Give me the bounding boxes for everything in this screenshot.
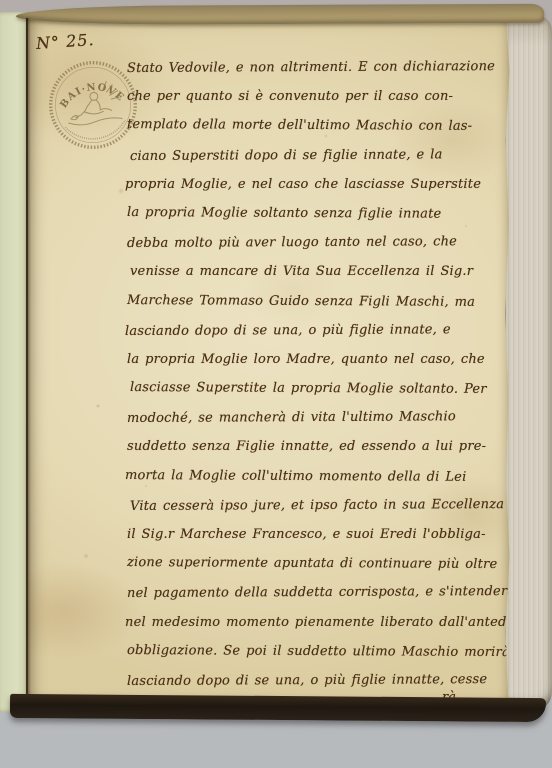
manuscript-line: venisse a mancare di Vita Sua Eccellenza… [130,257,505,286]
manuscript-line: Marchese Tommaso Guido senza Figli Masch… [127,286,505,317]
manuscript-line: obbligazione. Se poi il suddetto ultimo … [127,636,505,667]
manuscript-line: modoché, se mancherà di vita l'ultimo Ma… [127,402,505,433]
book-bottom-edge-shadow [10,694,546,722]
manuscript-line: ciano Superstiti dopo di se figlie innat… [130,140,505,171]
manuscript-line: lasciasse Superstite la propria Moglie s… [130,373,505,404]
manuscript-line: propria Moglie, e nel caso che lasciasse… [125,170,505,199]
manuscript-line: la propria Moglie soltanto senza figlie … [127,198,505,229]
manuscript-line: lasciando dopo di se una, o più figlie i… [125,315,505,346]
manuscript-line: morta la Moglie coll'ultimo momento dell… [125,461,505,492]
scanned-book-photo: N° 25. BAI·NOVE Stato Vedovile, e non a [0,0,552,768]
manuscript-line: debba molto più aver luogo tanto nel cas… [127,227,505,258]
stamp-bottom-lettering [65,120,127,142]
manuscript-line: nel pagamento della suddetta corrisposta… [127,577,505,608]
manuscript-line: il Sig.r Marchese Francesco, e suoi Ered… [127,520,505,549]
page-stack-fore-edge [504,16,552,712]
manuscript-text: Stato Vedovile, e non altrimenti. E con … [127,53,505,695]
top-page-deckle-edge [16,4,544,25]
manuscript-line: nel medesimo momento pienamente liberato… [125,608,505,637]
stamp-text: BAI·NOVE [56,78,127,111]
svg-text:BAI·NOVE: BAI·NOVE [56,78,127,111]
manuscript-line: suddetto senza Figlie innatte, ed essend… [127,432,505,461]
manuscript-line: templato della morte dell'ultimo Maschio… [127,110,505,141]
manuscript-line: che per quanto si è convenuto per il cas… [127,82,505,111]
manuscript-line: zione superiormente apuntata di continua… [127,548,505,579]
manuscript-line: Vita cesserà ipso jure, et ipso facto in… [130,490,505,521]
page-number: N° 25. [35,30,95,53]
binding-gutter-line [26,18,28,706]
manuscript-page: N° 25. BAI·NOVE Stato Vedovile, e non a [26,16,510,708]
manuscript-line: Stato Vedovile, e non altrimenti. E con … [127,52,505,83]
manuscript-line: la propria Moglie loro Madre, quanto nel… [127,345,505,374]
